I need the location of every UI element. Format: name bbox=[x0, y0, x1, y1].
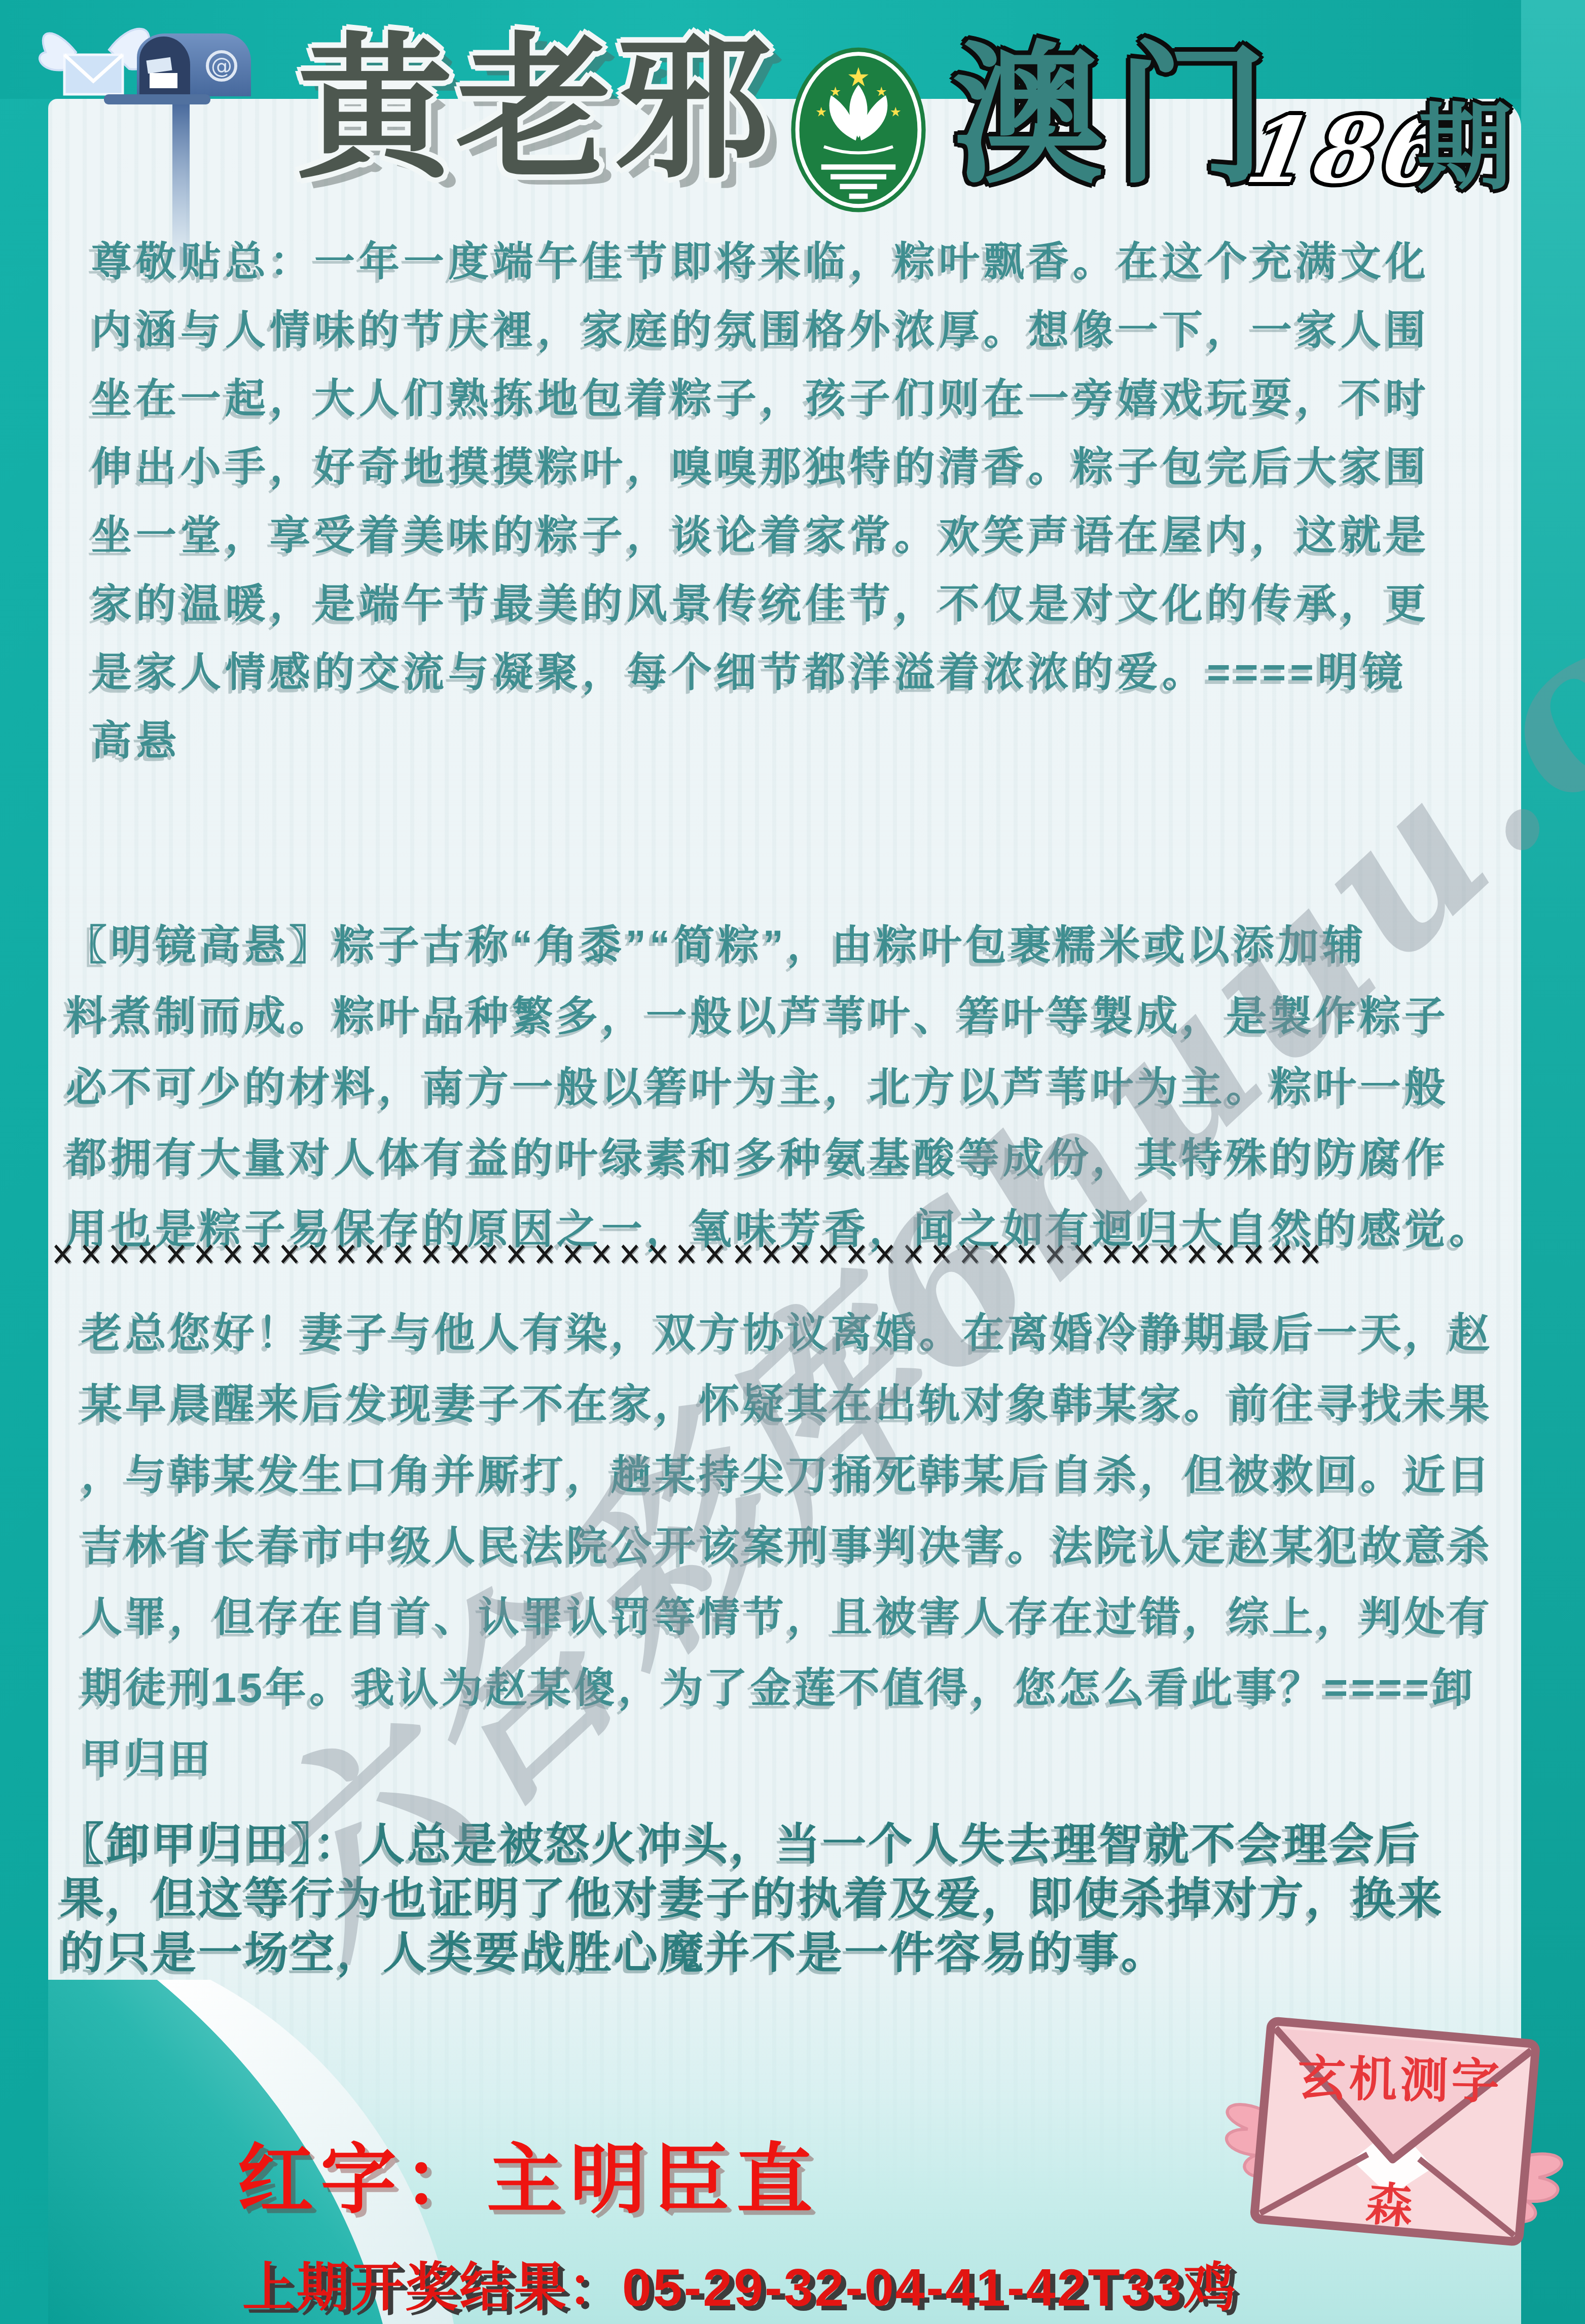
reply-paragraph: 〖卸甲归田〗：人总是被怒火冲头，当一个人失去理智就不会理会后 果，但这等行为也证… bbox=[60, 1818, 1444, 1980]
last-draw-result: 上期开奖结果：05-29-32-04-41-42T33鸡 bbox=[242, 2245, 1237, 2321]
letter-paragraph: 老总您好！妻子与他人有染，双方协议离婚。在离婚冷静期最后一天，赵 某早晨醒来后发… bbox=[81, 1298, 1493, 1795]
mailbox-icon: @ bbox=[104, 33, 251, 282]
red-hint-text: 红字：主明臣直 bbox=[237, 2118, 819, 2228]
site-title: 黄老邪 bbox=[297, 31, 774, 188]
region-title: 澳门 bbox=[952, 40, 1279, 192]
header-mail-art: @ bbox=[28, 4, 266, 293]
greeting-paragraph: 尊敬贴总：一年一度端午佳节即将来临，粽叶飘香。在这个充满文化 内涵与人情味的节庆… bbox=[91, 227, 1430, 775]
stitch-divider: ✕✕✕✕✕✕✕✕✕✕✕✕✕✕✕✕✕✕✕✕✕✕✕✕✕✕✕✕✕✕✕✕✕✕✕✕✕✕✕✕… bbox=[51, 1236, 1536, 1274]
envelope-seal: 森 bbox=[1364, 2178, 1415, 2234]
svg-text:@: @ bbox=[211, 54, 232, 79]
macau-lotus-emblem-icon bbox=[780, 44, 937, 214]
lottery-tip-poster: { "header": { "title": "黄老邪", "region": … bbox=[0, 0, 1585, 2324]
envelope-top-label: 玄机测字 bbox=[1297, 2052, 1503, 2109]
right-teal-border bbox=[1521, 0, 1585, 2324]
analysis-paragraph: 〖明镜高悬〗粽子古称“角黍”“简粽”，由粽叶包裹糯米或以添加辅 料煮制而成。粽叶… bbox=[66, 910, 1494, 1265]
mystery-envelope: 玄机测字 森 bbox=[1190, 1976, 1585, 2303]
issue-unit: 期 bbox=[1417, 101, 1511, 196]
